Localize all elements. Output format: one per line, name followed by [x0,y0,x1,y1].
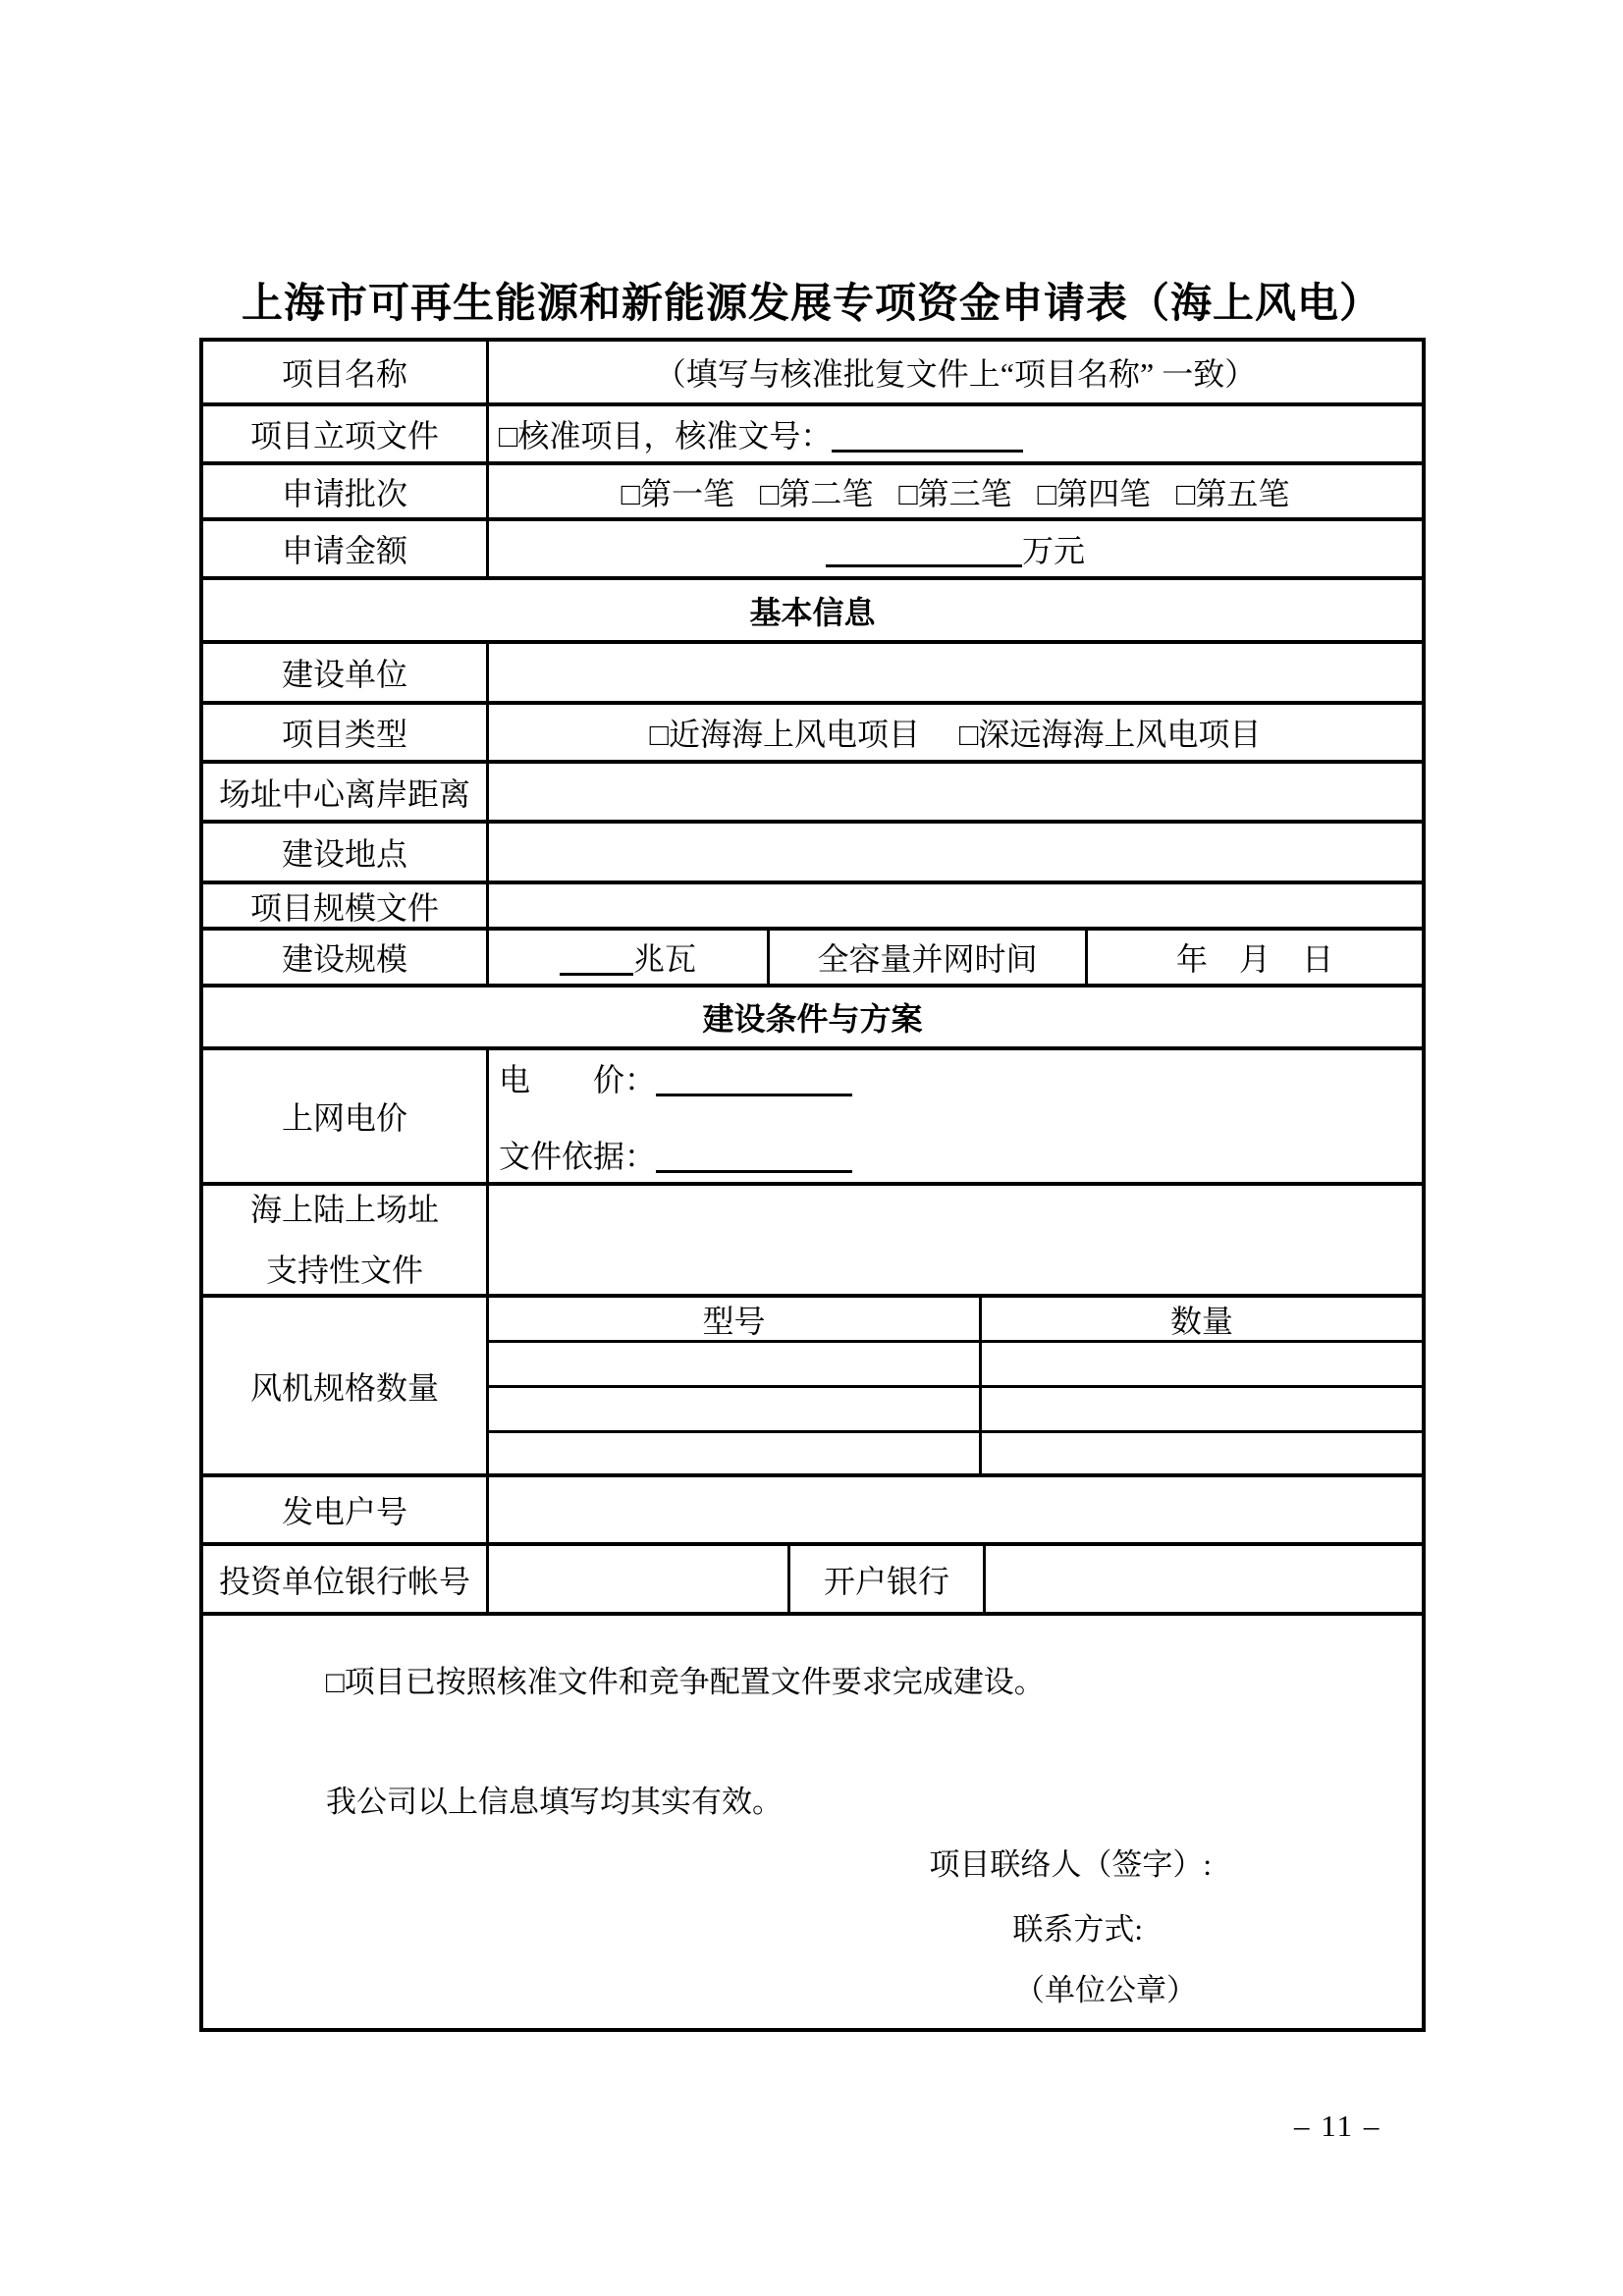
contact-signature-label: 项目联络人（签字）: [929,1840,1212,1884]
price-field[interactable] [656,1092,852,1096]
footer-declaration-cell: □项目已按照核准文件和竞争配置文件要求完成建设。 我公司以上信息填写均其实有效。… [203,1616,1422,2028]
company-seal-label: （单位公章） [1014,1965,1197,2009]
price-doc-basis-label: 文件依据： [499,1139,656,1174]
construction-unit-label: 建设单位 [203,644,489,701]
basic-info-section-header: 基本信息 [203,580,1422,640]
row-basic-info-header: 基本信息 [203,580,1422,644]
offshore-distance-value-cell[interactable] [489,764,1422,820]
bank-name-value-cell[interactable] [986,1546,1422,1612]
turbine-model-cell[interactable] [489,1343,982,1385]
amount-value-cell: 万元 [489,521,1422,576]
row-site-support-doc: 海上陆上场址 支持性文件 [203,1186,1422,1298]
construction-scale-value-cell: 兆瓦 [489,931,770,984]
capacity-unit: 兆瓦 [633,941,696,977]
row-amount: 申请金额 万元 [203,521,1422,580]
page-title: 上海市可再生能源和新能源发展专项资金申请表（海上风电） [0,271,1623,330]
page-number: – 11 – [1294,2109,1380,2144]
amount-label: 申请金额 [203,521,489,576]
completion-checkbox[interactable]: □项目已按照核准文件和竞争配置文件要求完成建设。 [326,1657,1045,1701]
project-name-hint: （填写与核准批复文件上“项目名称” 一致） [489,349,1422,395]
turbine-subtable-row [489,1388,1422,1433]
grid-connection-time-label: 全容量并网时间 [770,931,1088,984]
row-batch: 申请批次 □第一笔□第二笔□第三笔□第四笔□第五笔 [203,465,1422,521]
amount-field[interactable] [826,562,1022,567]
turbine-qty-cell[interactable] [982,1433,1422,1473]
project-type-label: 项目类型 [203,705,489,760]
turbine-model-cell[interactable] [489,1388,982,1430]
deepsea-wind-checkbox[interactable]: □深远海海上风电项目 [959,717,1261,752]
batch-option-3-checkbox[interactable]: □第三笔 [898,476,1011,511]
turbine-subtable-row [489,1343,1422,1388]
project-approval-label: 项目立项文件 [203,406,489,461]
approval-number-field[interactable] [832,448,1023,453]
batch-option-5-checkbox[interactable]: □第五笔 [1176,476,1289,511]
row-offshore-distance: 场址中心离岸距离 [203,764,1422,824]
grid-price-value-cell: 电 价： 文件依据： [489,1050,1422,1182]
row-bank-account: 投资单位银行帐号 开户银行 [203,1546,1422,1616]
approved-project-checkbox[interactable]: □核准项目，核准文号： [499,418,832,454]
document-page: 上海市可再生能源和新能源发展专项资金申请表（海上风电） 项目名称 （填写与核准批… [0,0,1623,2296]
grid-price-label: 上网电价 [203,1050,489,1182]
turbine-model-cell[interactable] [489,1433,982,1473]
project-scale-doc-value-cell[interactable] [489,884,1422,927]
conditions-section-header: 建设条件与方案 [203,988,1422,1046]
row-grid-price: 上网电价 电 价： 文件依据： [203,1050,1422,1186]
bank-account-value-cell[interactable] [489,1546,790,1612]
turbine-spec-label: 风机规格数量 [203,1298,489,1473]
price-doc-basis-field[interactable] [656,1168,852,1173]
project-name-value-cell[interactable]: （填写与核准批复文件上“项目名称” 一致） [489,342,1422,402]
site-support-doc-label: 海上陆上场址 支持性文件 [203,1186,489,1294]
capacity-field[interactable] [560,971,633,976]
project-type-value-cell: □近海海上风电项目□深远海海上风电项目 [489,705,1422,760]
turbine-qty-header: 数量 [982,1298,1422,1340]
row-construction-unit: 建设单位 [203,644,1422,705]
row-project-type: 项目类型 □近海海上风电项目□深远海海上风电项目 [203,705,1422,764]
batch-option-4-checkbox[interactable]: □第四笔 [1038,476,1151,511]
row-footer-declaration: □项目已按照核准文件和竞争配置文件要求完成建设。 我公司以上信息填写均其实有效。… [203,1616,1422,2028]
row-project-name: 项目名称 （填写与核准批复文件上“项目名称” 一致） [203,342,1422,406]
batch-value-cell: □第一笔□第二笔□第三笔□第四笔□第五笔 [489,465,1422,517]
batch-option-1-checkbox[interactable]: □第一笔 [622,476,734,511]
offshore-distance-label: 场址中心离岸距离 [203,764,489,820]
turbine-qty-cell[interactable] [982,1388,1422,1430]
validity-statement: 我公司以上信息填写均其实有效。 [326,1777,783,1821]
construction-unit-value-cell[interactable] [489,644,1422,701]
row-turbine-spec: 风机规格数量 型号 数量 [203,1298,1422,1477]
batch-option-2-checkbox[interactable]: □第二笔 [760,476,873,511]
application-form-table: 项目名称 （填写与核准批复文件上“项目名称” 一致） 项目立项文件 □核准项目，… [199,338,1426,2032]
bank-account-label: 投资单位银行帐号 [203,1546,489,1612]
bank-name-label: 开户银行 [790,1546,986,1612]
contact-method-label: 联系方式: [1012,1904,1143,1949]
power-account-value-cell[interactable] [489,1477,1422,1542]
price-field-label: 电 价： [499,1062,656,1097]
row-project-approval: 项目立项文件 □核准项目，核准文号： [203,406,1422,465]
project-name-label: 项目名称 [203,342,489,402]
turbine-spec-subtable: 型号 数量 [489,1298,1422,1473]
row-construction-site: 建设地点 [203,824,1422,884]
amount-unit: 万元 [1022,533,1085,568]
row-project-scale-doc: 项目规模文件 [203,884,1422,931]
construction-scale-label: 建设规模 [203,931,489,984]
power-account-label: 发电户号 [203,1477,489,1542]
project-approval-value-cell: □核准项目，核准文号： [489,406,1422,461]
grid-connection-date-placeholder: 年 月 日 [1088,934,1422,980]
construction-site-value-cell[interactable] [489,824,1422,881]
turbine-model-header: 型号 [489,1298,982,1340]
project-scale-doc-label: 项目规模文件 [203,884,489,927]
row-conditions-header: 建设条件与方案 [203,988,1422,1050]
grid-connection-date-cell[interactable]: 年 月 日 [1088,931,1422,984]
turbine-qty-cell[interactable] [982,1343,1422,1385]
row-construction-scale: 建设规模 兆瓦 全容量并网时间 年 月 日 [203,931,1422,988]
row-power-account: 发电户号 [203,1477,1422,1546]
construction-site-label: 建设地点 [203,824,489,881]
site-support-doc-value-cell[interactable] [489,1186,1422,1294]
turbine-subtable-header-row: 型号 数量 [489,1298,1422,1343]
batch-label: 申请批次 [203,465,489,517]
nearshore-wind-checkbox[interactable]: □近海海上风电项目 [650,717,920,752]
turbine-subtable-row [489,1433,1422,1473]
